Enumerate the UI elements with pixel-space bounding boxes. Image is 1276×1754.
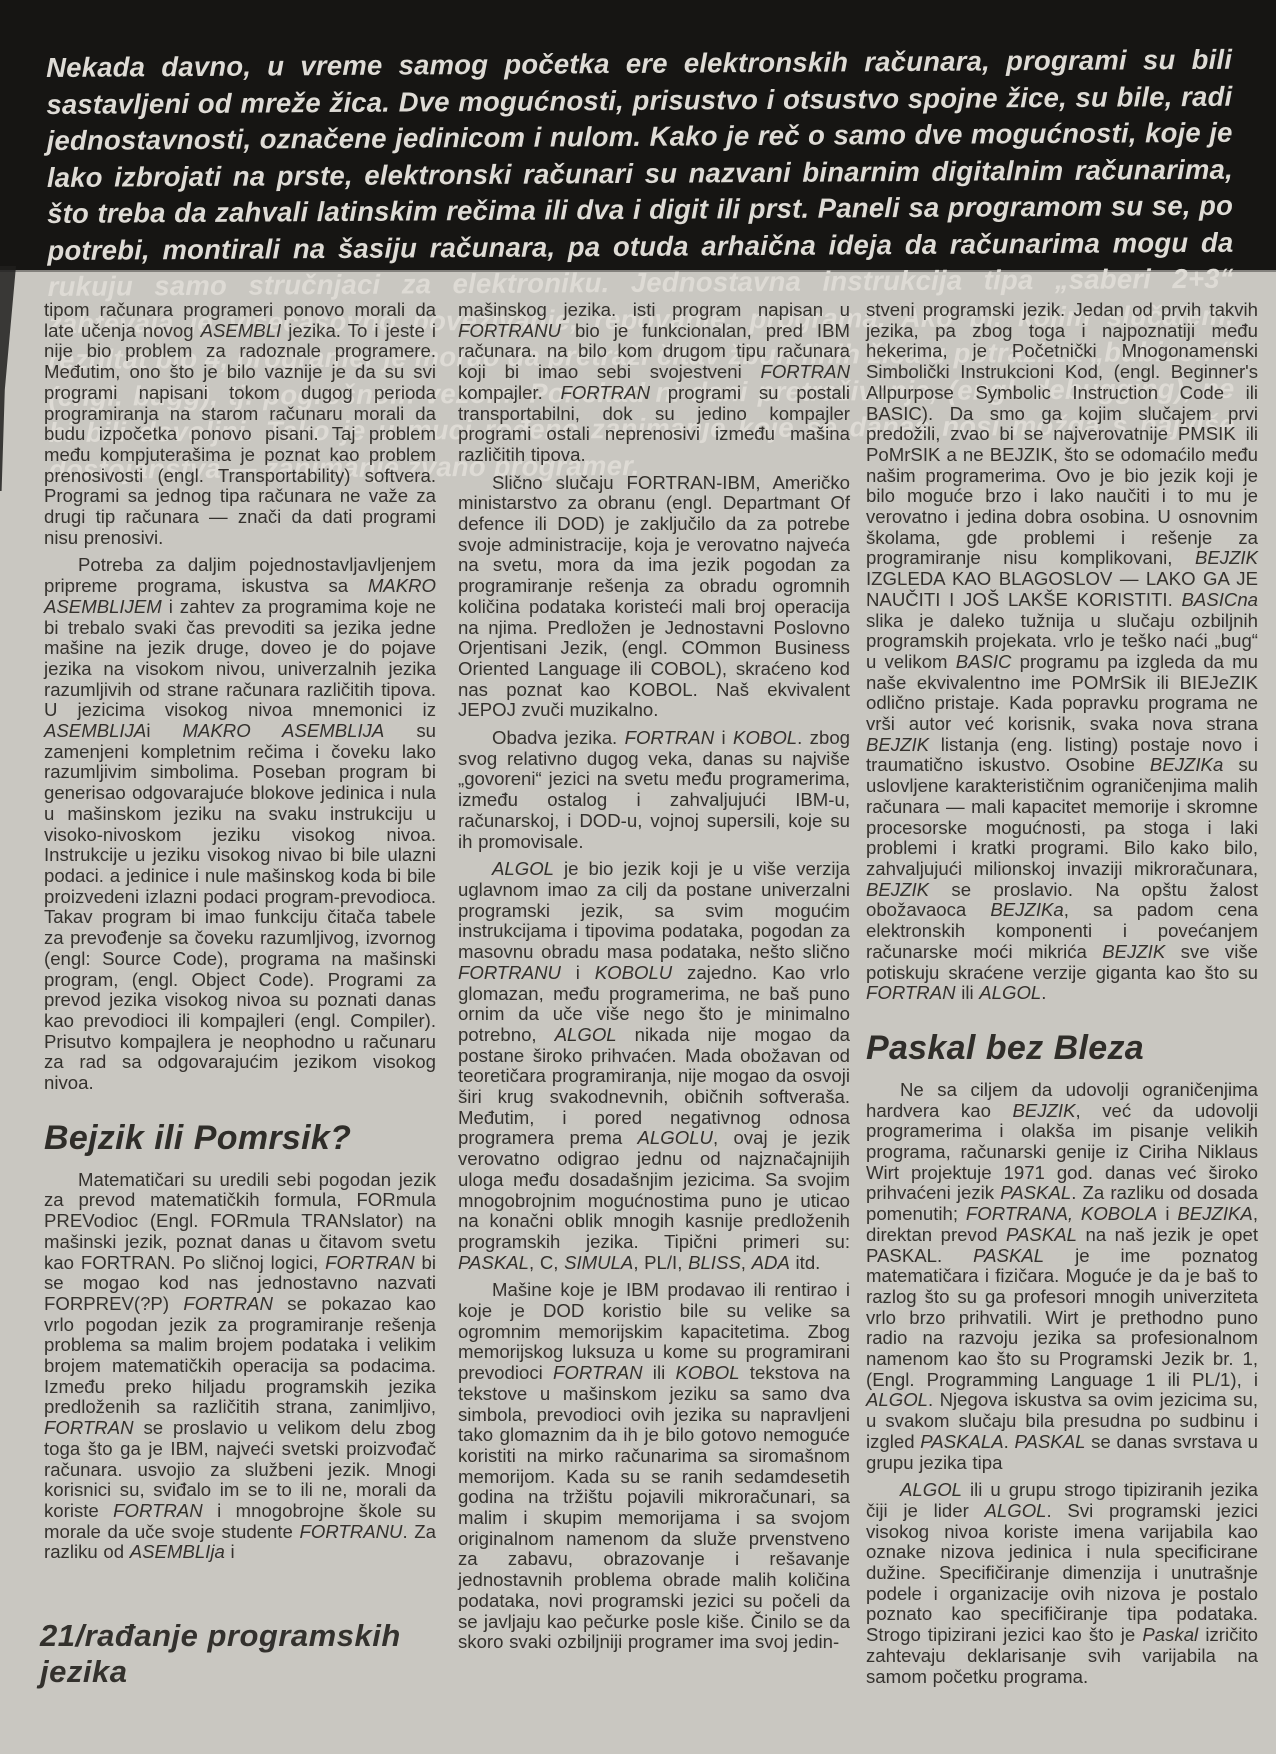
column-left: tipom računara programeri ponovo morali …: [44, 300, 436, 1563]
magazine-page: { "colors":{ "paper":"#c9c7c1", "ink":"#…: [0, 0, 1276, 1754]
body-paragraph: tipom računara programeri ponovo morali …: [44, 300, 436, 548]
body-paragraph: Obadva jezika. FORTRAN i KOBOL. zbog svo…: [458, 728, 850, 852]
page-footer-title: 21/rađanje programskih jezika: [40, 1618, 460, 1690]
body-paragraph: Matematičari su uredili sebi pogodan jez…: [44, 1170, 436, 1563]
column-center: mašinskog jezika. isti program napisan u…: [458, 300, 850, 1653]
body-paragraph: ALGOL ili u grupu strogo tipiziranih jez…: [866, 1480, 1258, 1687]
section-heading-paskal: Paskal bez Bleza: [866, 1028, 1258, 1068]
body-paragraph: Mašine koje je IBM prodavao ili rentirao…: [458, 1280, 850, 1653]
body-paragraph: Ne sa ciljem da udovolji ograničenjima h…: [866, 1080, 1258, 1473]
column-right: stveni programski jezik. Jedan od prvih …: [866, 300, 1258, 1687]
body-paragraph: mašinskog jezika. isti program napisan u…: [458, 300, 850, 466]
section-heading-bejzik: Bejzik ili Pomrsik?: [44, 1118, 436, 1158]
body-paragraph: stveni programski jezik. Jedan od prvih …: [866, 300, 1258, 1004]
body-paragraph: ALGOL je bio jezik koji je u više verzij…: [458, 859, 850, 1273]
scan-edge-artifact: [0, 266, 16, 491]
intro-banner: Nekada davno, u vreme samog početka ere …: [0, 0, 1276, 270]
body-paragraph: Slično slučaju FORTRAN-IBM, Američko min…: [458, 473, 850, 721]
body-paragraph: Potreba za daljim pojednostavljavljenjem…: [44, 555, 436, 1093]
